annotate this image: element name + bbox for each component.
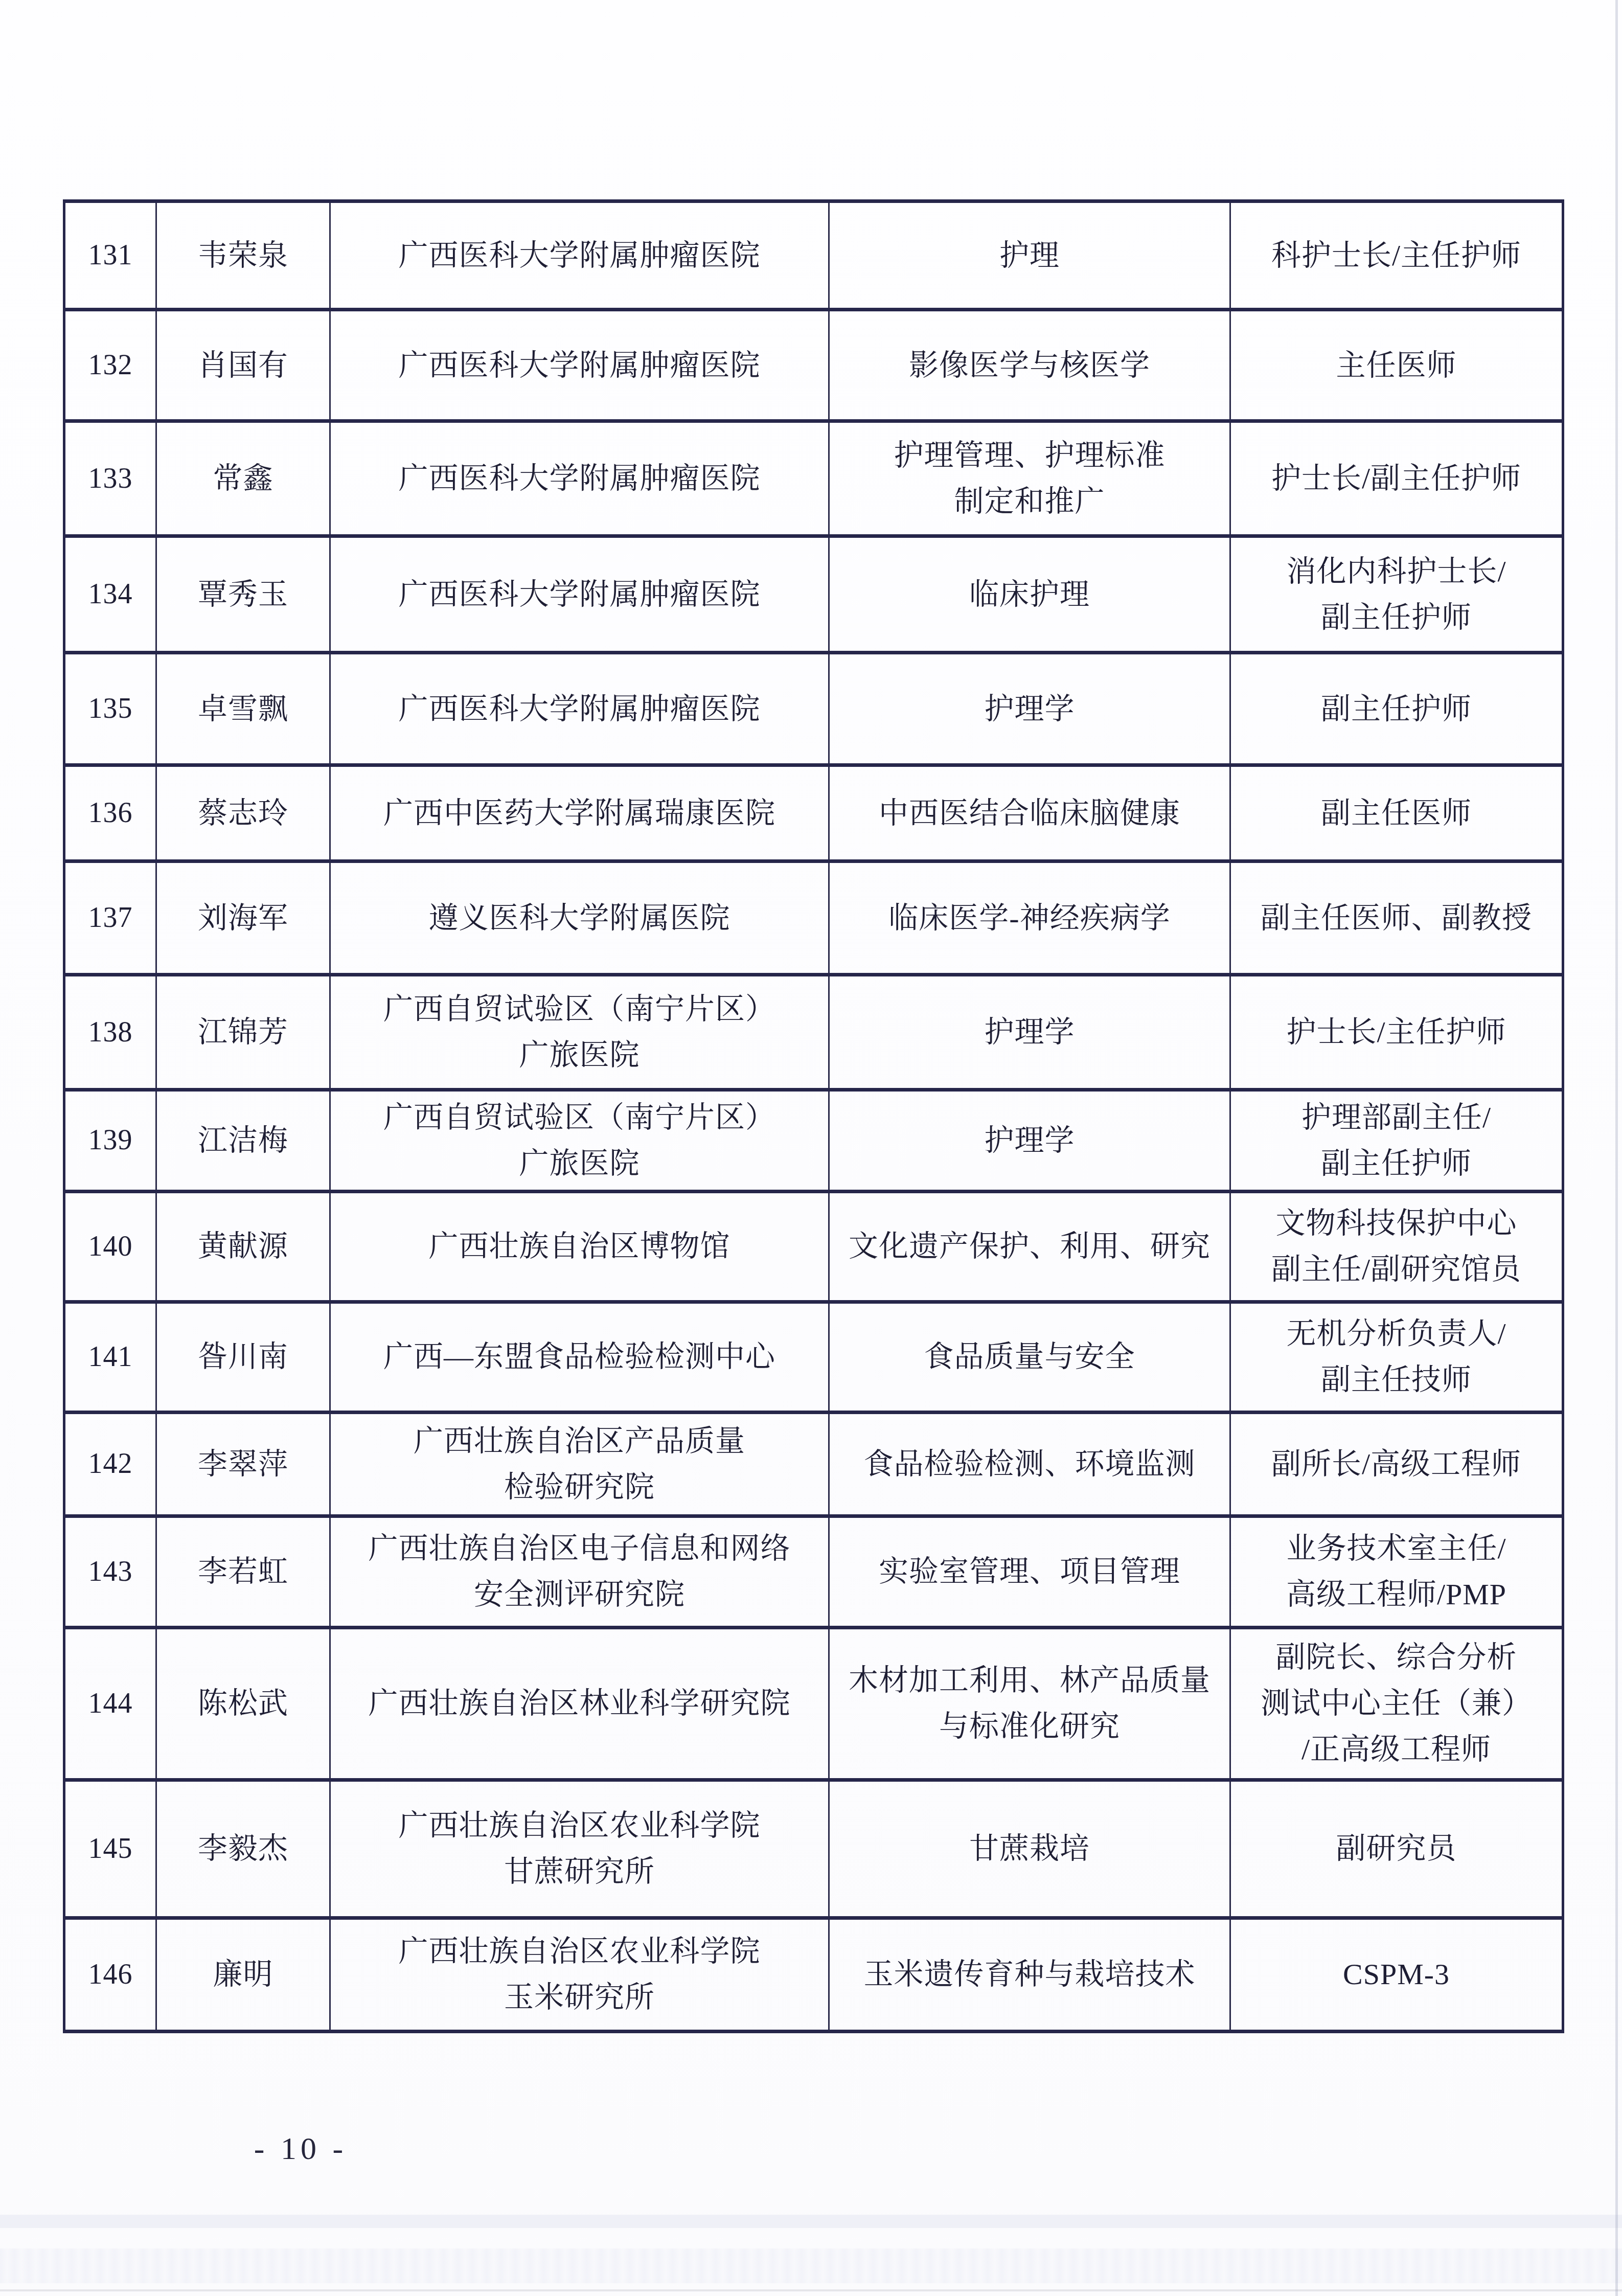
cell-institution: 广西壮族自治区农业科学院甘蔗研究所 (330, 1780, 829, 1918)
cell-institution: 广西医科大学附属肿瘤医院 (330, 536, 829, 653)
cell-name: 李毅杰 (156, 1780, 330, 1918)
cell-no: 139 (64, 1090, 156, 1192)
scan-edge-line (0, 2289, 1622, 2291)
table-row: 131韦荣泉广西医科大学附属肿瘤医院护理科护士长/主任护师 (64, 201, 1563, 310)
cell-field: 临床医学-神经疾病学 (829, 861, 1230, 975)
cell-title: 副主任护师 (1230, 653, 1563, 765)
cell-name: 韦荣泉 (156, 201, 330, 310)
cell-name: 蔡志玲 (156, 765, 330, 861)
cell-institution: 广西医科大学附属肿瘤医院 (330, 421, 829, 536)
table-row: 139江洁梅广西自贸试验区（南宁片区）广旅医院护理学护理部副主任/副主任护师 (64, 1090, 1563, 1192)
cell-field: 中西医结合临床脑健康 (829, 765, 1230, 861)
cell-field: 护理管理、护理标准制定和推广 (829, 421, 1230, 536)
cell-no: 145 (64, 1780, 156, 1918)
table-row: 133常鑫广西医科大学附属肿瘤医院护理管理、护理标准制定和推广护士长/副主任护师 (64, 421, 1563, 536)
cell-title: 业务技术室主任/高级工程师/PMP (1230, 1516, 1563, 1627)
cell-institution: 广西医科大学附属肿瘤医院 (330, 201, 829, 310)
table-row: 141昝川南广西—东盟食品检验检测中心食品质量与安全无机分析负责人/副主任技师 (64, 1302, 1563, 1412)
document-page: 131韦荣泉广西医科大学附属肿瘤医院护理科护士长/主任护师132肖国有广西医科大… (0, 0, 1622, 2296)
cell-field: 护理学 (829, 653, 1230, 765)
cell-title: CSPM-3 (1230, 1918, 1563, 2031)
cell-title: 副所长/高级工程师 (1230, 1412, 1563, 1516)
cell-title: 护士长/副主任护师 (1230, 421, 1563, 536)
table-row: 135卓雪飘广西医科大学附属肿瘤医院护理学副主任护师 (64, 653, 1563, 765)
cell-no: 140 (64, 1191, 156, 1302)
cell-institution: 广西自贸试验区（南宁片区）广旅医院 (330, 1090, 829, 1192)
cell-name: 刘海军 (156, 861, 330, 975)
table-row: 140黄献源广西壮族自治区博物馆文化遗产保护、利用、研究文物科技保护中心副主任/… (64, 1191, 1563, 1302)
cell-field: 文化遗产保护、利用、研究 (829, 1191, 1230, 1302)
cell-field: 木材加工利用、林产品质量与标准化研究 (829, 1627, 1230, 1780)
cell-no: 136 (64, 765, 156, 861)
cell-no: 141 (64, 1302, 156, 1412)
cell-institution: 广西壮族自治区博物馆 (330, 1191, 829, 1302)
table-row: 145李毅杰广西壮族自治区农业科学院甘蔗研究所甘蔗栽培副研究员 (64, 1780, 1563, 1918)
cell-title: 文物科技保护中心副主任/副研究馆员 (1230, 1191, 1563, 1302)
cell-institution: 遵义医科大学附属医院 (330, 861, 829, 975)
cell-no: 134 (64, 536, 156, 653)
table-row: 142李翠萍广西壮族自治区产品质量检验研究院食品检验检测、环境监测副所长/高级工… (64, 1412, 1563, 1516)
cell-name: 黄献源 (156, 1191, 330, 1302)
cell-name: 江洁梅 (156, 1090, 330, 1192)
cell-institution: 广西壮族自治区林业科学研究院 (330, 1627, 829, 1780)
cell-title: 护理部副主任/副主任护师 (1230, 1090, 1563, 1192)
cell-no: 131 (64, 201, 156, 310)
cell-no: 138 (64, 975, 156, 1090)
cell-field: 食品质量与安全 (829, 1302, 1230, 1412)
cell-no: 132 (64, 310, 156, 421)
cell-title: 无机分析负责人/副主任技师 (1230, 1302, 1563, 1412)
table-row: 143李若虹广西壮族自治区电子信息和网络安全测评研究院实验室管理、项目管理业务技… (64, 1516, 1563, 1627)
table-row: 137刘海军遵义医科大学附属医院临床医学-神经疾病学副主任医师、副教授 (64, 861, 1563, 975)
table-row: 138江锦芳广西自贸试验区（南宁片区）广旅医院护理学护士长/主任护师 (64, 975, 1563, 1090)
cell-institution: 广西自贸试验区（南宁片区）广旅医院 (330, 975, 829, 1090)
cell-title: 主任医师 (1230, 310, 1563, 421)
cell-name: 覃秀玉 (156, 536, 330, 653)
cell-field: 实验室管理、项目管理 (829, 1516, 1230, 1627)
cell-field: 甘蔗栽培 (829, 1780, 1230, 1918)
cell-title: 副主任医师 (1230, 765, 1563, 861)
table-row: 146廉明广西壮族自治区农业科学院玉米研究所玉米遗传育种与栽培技术CSPM-3 (64, 1918, 1563, 2031)
cell-institution: 广西壮族自治区农业科学院玉米研究所 (330, 1918, 829, 2031)
cell-name: 廉明 (156, 1918, 330, 2031)
cell-name: 常鑫 (156, 421, 330, 536)
cell-no: 133 (64, 421, 156, 536)
cell-institution: 广西壮族自治区产品质量检验研究院 (330, 1412, 829, 1516)
cell-field: 护理学 (829, 1090, 1230, 1192)
personnel-table: 131韦荣泉广西医科大学附属肿瘤医院护理科护士长/主任护师132肖国有广西医科大… (63, 199, 1564, 2033)
cell-name: 李翠萍 (156, 1412, 330, 1516)
cell-field: 食品检验检测、环境监测 (829, 1412, 1230, 1516)
cell-title: 科护士长/主任护师 (1230, 201, 1563, 310)
cell-field: 临床护理 (829, 536, 1230, 653)
scan-artifact-band (0, 2215, 1622, 2228)
table-row: 136蔡志玲广西中医药大学附属瑞康医院中西医结合临床脑健康副主任医师 (64, 765, 1563, 861)
cell-name: 卓雪飘 (156, 653, 330, 765)
table-row: 132肖国有广西医科大学附属肿瘤医院影像医学与核医学主任医师 (64, 310, 1563, 421)
cell-no: 146 (64, 1918, 156, 2031)
cell-title: 消化内科护士长/副主任护师 (1230, 536, 1563, 653)
table-row: 144陈松武广西壮族自治区林业科学研究院木材加工利用、林产品质量与标准化研究副院… (64, 1627, 1563, 1780)
cell-no: 142 (64, 1412, 156, 1516)
cell-name: 昝川南 (156, 1302, 330, 1412)
scan-artifact-band (0, 2248, 1622, 2283)
cell-institution: 广西中医药大学附属瑞康医院 (330, 765, 829, 861)
cell-field: 玉米遗传育种与栽培技术 (829, 1918, 1230, 2031)
table-row: 134覃秀玉广西医科大学附属肿瘤医院临床护理消化内科护士长/副主任护师 (64, 536, 1563, 653)
cell-title: 副研究员 (1230, 1780, 1563, 1918)
cell-field: 护理学 (829, 975, 1230, 1090)
cell-institution: 广西—东盟食品检验检测中心 (330, 1302, 829, 1412)
cell-no: 137 (64, 861, 156, 975)
cell-name: 肖国有 (156, 310, 330, 421)
cell-no: 135 (64, 653, 156, 765)
cell-field: 护理 (829, 201, 1230, 310)
page-number: - 10 - (229, 2131, 372, 2167)
cell-name: 江锦芳 (156, 975, 330, 1090)
cell-title: 副院长、综合分析测试中心主任（兼）/正高级工程师 (1230, 1627, 1563, 1780)
personnel-table-body: 131韦荣泉广西医科大学附属肿瘤医院护理科护士长/主任护师132肖国有广西医科大… (64, 201, 1563, 2032)
cell-title: 副主任医师、副教授 (1230, 861, 1563, 975)
cell-title: 护士长/主任护师 (1230, 975, 1563, 1090)
cell-no: 144 (64, 1627, 156, 1780)
cell-field: 影像医学与核医学 (829, 310, 1230, 421)
cell-institution: 广西医科大学附属肿瘤医院 (330, 310, 829, 421)
scan-edge-line (1615, 0, 1618, 2296)
cell-no: 143 (64, 1516, 156, 1627)
cell-institution: 广西壮族自治区电子信息和网络安全测评研究院 (330, 1516, 829, 1627)
cell-name: 陈松武 (156, 1627, 330, 1780)
cell-institution: 广西医科大学附属肿瘤医院 (330, 653, 829, 765)
cell-name: 李若虹 (156, 1516, 330, 1627)
